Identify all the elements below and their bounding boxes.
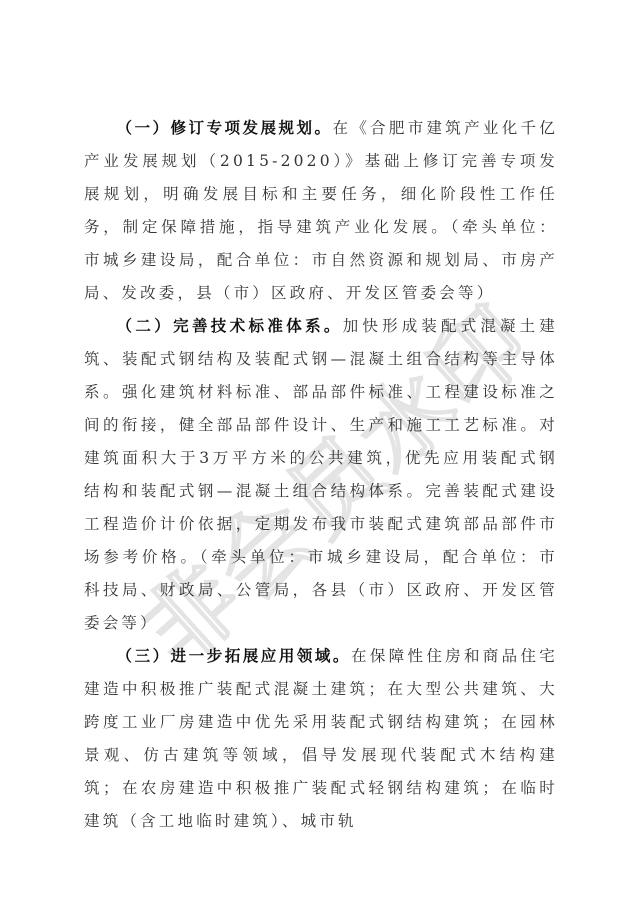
section-2-heading: （二）完善技术标准体系。 bbox=[117, 317, 343, 335]
document-body: （一）修订专项发展规划。在《合肥市建筑产业化千亿产业发展规划（2015-2020… bbox=[84, 112, 558, 838]
section-3-heading: （三）进一步拓展应用领域。 bbox=[117, 647, 351, 665]
document-page: 非会员水印 （一）修订专项发展规划。在《合肥市建筑产业化千亿产业发展规划（201… bbox=[0, 0, 636, 900]
section-1-body: 在《合肥市建筑产业化千亿产业发展规划（2015-2020）》基础上修订完善专项发… bbox=[84, 119, 558, 302]
section-1-heading: （一）修订专项发展规划。 bbox=[117, 119, 333, 137]
section-2-paragraph: （二）完善技术标准体系。加快形成装配式混凝土建筑、装配式钢结构及装配式钢—混凝土… bbox=[84, 310, 558, 640]
section-1-paragraph: （一）修订专项发展规划。在《合肥市建筑产业化千亿产业发展规划（2015-2020… bbox=[84, 112, 558, 310]
section-3-paragraph: （三）进一步拓展应用领域。在保障性住房和商品住宅建造中积极推广装配式混凝土建筑；… bbox=[84, 640, 558, 838]
section-3-body: 在保障性住房和商品住宅建造中积极推广装配式混凝土建筑；在大型公共建筑、大跨度工业… bbox=[84, 647, 558, 830]
section-2-body: 加快形成装配式混凝土建筑、装配式钢结构及装配式钢—混凝土组合结构等主导体系。强化… bbox=[84, 317, 558, 632]
